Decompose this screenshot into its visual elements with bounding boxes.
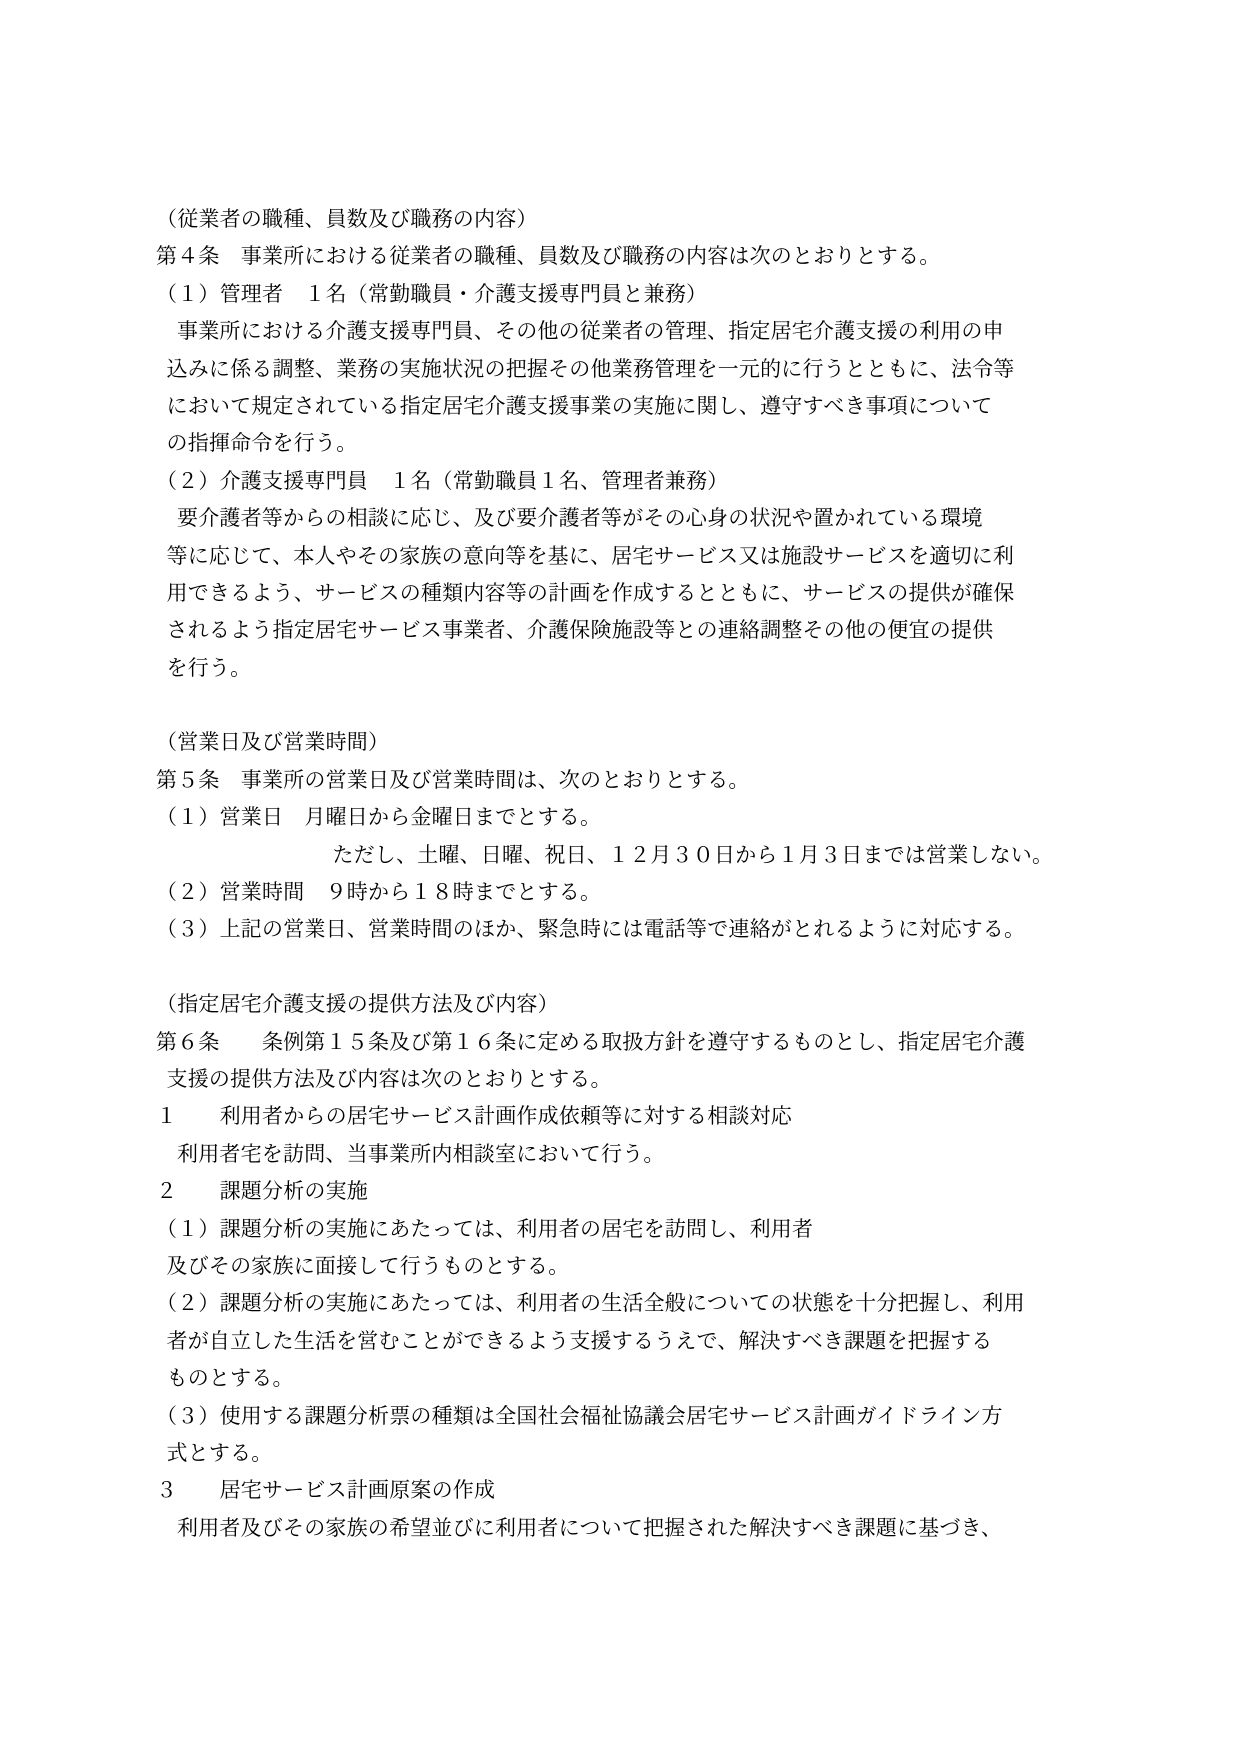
text-line: （１）管理者 １名（常勤職員・介護支援専門員と兼務）: [156, 276, 1116, 313]
text-line: 要介護者等からの相談に応じ、及び要介護者等がその心身の状況や置かれている環境: [156, 500, 1116, 537]
text-line: １ 利用者からの居宅サービス計画作成依頼等に対する相談対応: [156, 1098, 1116, 1135]
text-line: 式とする。: [156, 1435, 1116, 1472]
text-line: ２ 課題分析の実施: [156, 1173, 1116, 1210]
text-line: 第６条 条例第１５条及び第１６条に定める取扱方針を遵守するものとし、指定居宅介護: [156, 1024, 1116, 1061]
text-line: 第５条 事業所の営業日及び営業時間は、次のとおりとする。: [156, 762, 1116, 799]
text-line: 利用者及びその家族の希望並びに利用者について把握された解決すべき課題に基づき、: [156, 1510, 1116, 1547]
text-line: （３）上記の営業日、営業時間のほか、緊急時には電話等で連絡がとれるように対応する…: [156, 911, 1116, 948]
text-line: （従業者の職種、員数及び職務の内容）: [156, 201, 1116, 238]
text-line: 支援の提供方法及び内容は次のとおりとする。: [156, 1061, 1116, 1098]
text-line: 用できるよう、サービスの種類内容等の計画を作成するとともに、サービスの提供が確保: [156, 575, 1116, 612]
text-line: を行う。: [156, 650, 1116, 687]
text-line: 第４条 事業所における従業者の職種、員数及び職務の内容は次のとおりとする。: [156, 238, 1116, 275]
text-line: ただし、土曜、日曜、祝日、１２月３０日から１月３日までは営業しない。: [156, 837, 1116, 874]
text-line: 込みに係る調整、業務の実施状況の把握その他業務管理を一元的に行うとともに、法令等: [156, 351, 1116, 388]
text-line: （２）営業時間 ９時から１８時までとする。: [156, 874, 1116, 911]
text-line: 及びその家族に面接して行うものとする。: [156, 1248, 1116, 1285]
document-page: （従業者の職種、員数及び職務の内容）第４条 事業所における従業者の職種、員数及び…: [0, 0, 1241, 1755]
text-line: されるよう指定居宅サービス事業者、介護保険施設等との連絡調整その他の便宜の提供: [156, 612, 1116, 649]
text-line: （営業日及び営業時間）: [156, 724, 1116, 761]
text-line: 者が自立した生活を営むことができるよう支援するうえで、解決すべき課題を把握する: [156, 1323, 1116, 1360]
text-line: [156, 949, 1116, 986]
text-line: （１）課題分析の実施にあたっては、利用者の居宅を訪問し、利用者: [156, 1211, 1116, 1248]
text-line: 利用者宅を訪問、当事業所内相談室において行う。: [156, 1136, 1116, 1173]
text-line: ３ 居宅サービス計画原案の作成: [156, 1472, 1116, 1509]
text-line: （指定居宅介護支援の提供方法及び内容）: [156, 986, 1116, 1023]
text-line: （２）介護支援専門員 １名（常勤職員１名、管理者兼務）: [156, 463, 1116, 500]
text-line: 事業所における介護支援専門員、その他の従業者の管理、指定居宅介護支援の利用の申: [156, 313, 1116, 350]
document-content: （従業者の職種、員数及び職務の内容）第４条 事業所における従業者の職種、員数及び…: [156, 201, 1116, 1547]
text-line: （２）課題分析の実施にあたっては、利用者の生活全般についての状態を十分把握し、利…: [156, 1285, 1116, 1322]
text-line: （１）営業日 月曜日から金曜日までとする。: [156, 799, 1116, 836]
text-line: ものとする。: [156, 1360, 1116, 1397]
text-line: の指揮命令を行う。: [156, 425, 1116, 462]
text-line: [156, 687, 1116, 724]
text-line: 等に応じて、本人やその家族の意向等を基に、居宅サービス又は施設サービスを適切に利: [156, 538, 1116, 575]
text-line: において規定されている指定居宅介護支援事業の実施に関し、遵守すべき事項について: [156, 388, 1116, 425]
text-line: （３）使用する課題分析票の種類は全国社会福祉協議会居宅サービス計画ガイドライン方: [156, 1398, 1116, 1435]
